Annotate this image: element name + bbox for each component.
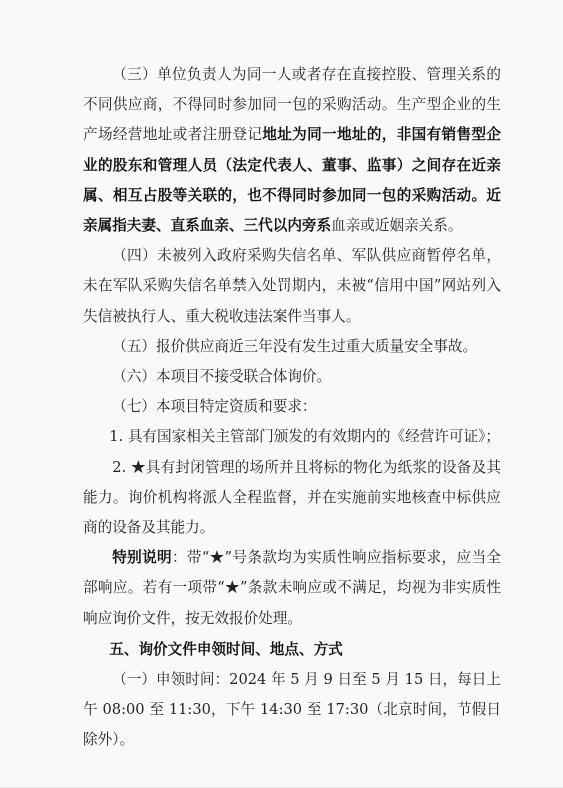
paragraph-item-3: （三）单位负责人为同一人或者存在直接控股、管理关系的不同供应商，不得同时参加同一… [83,60,501,241]
section-heading: 五、询价文件申领时间、地点、方式 [83,635,501,665]
requirement-text: 2. ★具有封闭管理的场所并且将标的物化为纸浆的设备及其能力。询价机构将派人全程… [83,459,501,536]
special-note: 特别说明：带“★”号条款均为实质性响应指标要求，应当全部响应。若有一项带“★”条… [83,543,501,634]
paragraph-text: （六）本项目不接受联合体询价。 [112,368,331,385]
paragraph-item-4: （四）未被列入政府采购失信名单、军队供应商暂停名单，未在军队采购失信名单禁入处罚… [83,241,501,332]
requirement-item-1: 1. 具有国家相关主管部门颁发的有效期内的《经营许可证》； [83,422,501,452]
requirement-text: 1. 具有国家相关主管部门颁发的有效期内的《经营许可证》； [109,428,500,445]
document-page: （三）单位负责人为同一人或者存在直接控股、管理关系的不同供应商，不得同时参加同一… [83,60,501,756]
paragraph-item-6: （六）本项目不接受联合体询价。 [83,362,501,392]
paragraph-text: （四）未被列入政府采购失信名单、军队供应商暂停名单，未在军队采购失信名单禁入处罚… [83,247,501,324]
paragraph-text: 血亲或近姻亲关系。 [331,217,462,234]
paragraph-text: （七）本项目特定资质和要求： [112,398,316,415]
requirement-item-2: 2. ★具有封闭管理的场所并且将标的物化为纸浆的设备及其能力。询价机构将派人全程… [83,453,501,544]
special-note-label: 特别说明 [112,549,172,566]
paragraph-item-7: （七）本项目特定资质和要求： [83,392,501,422]
section-paragraph-application-time: （一）申领时间：2024 年 5 月 9 日至 5 月 15 日，每日上午 08… [83,665,501,756]
paragraph-item-5: （五）报价供应商近三年没有发生过重大质量安全事故。 [83,332,501,362]
paragraph-text: （五）报价供应商近三年没有发生过重大质量安全事故。 [112,338,477,355]
